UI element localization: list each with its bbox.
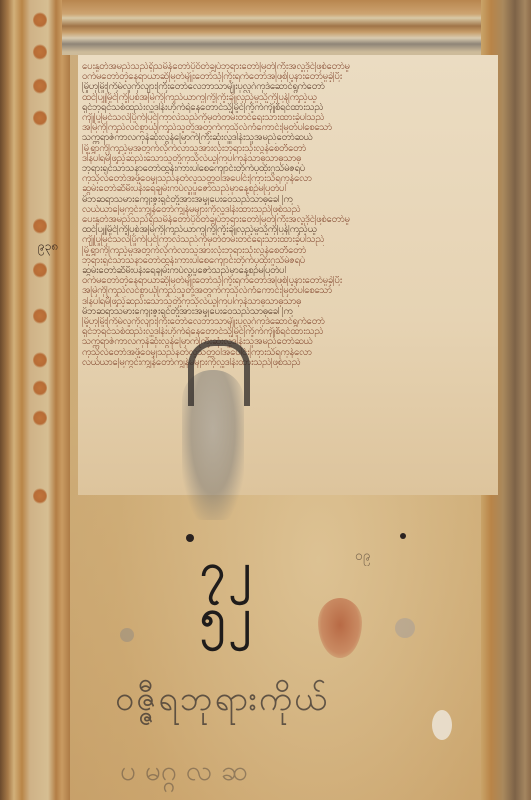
inscription-line: မြိုဟုမြိုးကြိမ်လူကိုလျားကြီးတော်လေဘာသာမ… bbox=[82, 82, 492, 92]
inscription-line: ဆွမ်းတော်ဆီမီးပန်းရေချမ်းကပ်လှူပူဇော်သည်… bbox=[82, 184, 492, 194]
inscription-line: လယ်ယာမြေကွင်းကျွန်တော်ကျွန်မများကိုလှူဒါ… bbox=[82, 358, 492, 368]
rosette-icon bbox=[33, 44, 47, 60]
inscription-line: ကုသိုလ်တော်အဖို့ဝေမျှသည်နတ်လူသတ္တဝါအပေါင… bbox=[82, 348, 492, 358]
inscription-line: ရှင်ဘုရင်သစ်ထည်းလှူဒါန်းဟိုက်ရဲနေတောင်သိ… bbox=[82, 103, 492, 113]
lower-inscription: ဝဇ္ဇီရဘုရားကိုယ် bbox=[115, 676, 329, 727]
inscription-line: မိဘဆရာသမားကျေးဇူးရှင်တို့အားအမျှပေးဝေသည်… bbox=[82, 195, 492, 205]
rosette-icon bbox=[33, 380, 47, 396]
top-decorative-border bbox=[62, 0, 492, 55]
inscription-line: ကျိုပြုမြင်သလဲပြိုက်ပြင်ကြာလဲသည်ကိုမှတ်တ… bbox=[82, 235, 492, 245]
small-note: ၀၉ bbox=[355, 546, 371, 567]
inscription-line: မြို့ရွာကိုကြည့်မှုအတွက်လိုက်လာသူအားလုံး… bbox=[82, 246, 492, 256]
side-numeral: ၉၃၈ bbox=[38, 238, 58, 256]
rosette-icon bbox=[33, 78, 47, 94]
inscription-line: ဝက်မတော်တဲ့နေရာယာဆိုမြတ်မျိုးတော်သုံကြို… bbox=[82, 276, 492, 286]
inscription-text: ပေးနှုတ်အမည်သည်ရှိသမိန်တော်ပိုဝိတ်ချွပ်ဘ… bbox=[82, 62, 492, 368]
mural-photo: ပေးနှုတ်အမည်သည်ရှိသမိန်တော်ပိုဝိတ်ချွပ်ဘ… bbox=[0, 0, 531, 800]
inscription-line: ဒါနပါရမီဖြည့်ဆည်းသောသူတို့ကုသိုလ်ယူကြပါက… bbox=[82, 154, 492, 164]
rosette-icon bbox=[33, 262, 47, 278]
hole-mark bbox=[400, 533, 406, 539]
inscription-line: သက္ကရာဇ်ကာလကုန်ဆုံးလွန်မြောက်ကြီးဆုံးလှူ… bbox=[82, 133, 492, 143]
rosette-icon bbox=[33, 410, 47, 426]
hole-mark bbox=[186, 534, 194, 542]
inscription-line: မြို့ရွာကိုကြည့်မှုအတွက်လိုက်လာသူအားလုံး… bbox=[82, 144, 492, 154]
figure-halo bbox=[188, 340, 250, 406]
inscription-line: အမြဲကိုကြည်လင်စွာယုံကြည်သူတို့အတွက်ကုသို… bbox=[82, 286, 492, 296]
heart-motif bbox=[318, 598, 362, 658]
inscription-line: ဒါနပါရမီဖြည့်ဆည်းသောသူတို့ကုသိုလ်ယူကြပါက… bbox=[82, 297, 492, 307]
inscription-line: ဝက်မတော်တဲ့နေရာယာဆိုမြတ်မျိုးတော်သုံကြို… bbox=[82, 72, 492, 82]
inscription-line: မိဘဆရာသမားကျေးဇူးရှင်တို့အားအမျှပေးဝေသည်… bbox=[82, 307, 492, 317]
inscription-line: မြိုဟုမြိုးကြိမ်လူကိုလျားကြီးတော်လေဘာသာမ… bbox=[82, 317, 492, 327]
inscription-line: ပေးနှုတ်အမည်သည်ရှိသမိန်တော်ပိုဝိတ်ချွပ်ဘ… bbox=[82, 215, 492, 225]
inscription-line: ရှင်ဘုရင်သစ်ထည်းလှူဒါန်းဟိုက်ရဲနေတောင်သိ… bbox=[82, 327, 492, 337]
seated-figure-painting bbox=[178, 340, 248, 520]
rosette-icon bbox=[33, 12, 47, 28]
inscription-line: ဘုရားရှင်သာသနာတော်ထွန်းကားပါစေကျောင်းတို… bbox=[82, 164, 492, 174]
stain-spot bbox=[395, 618, 415, 638]
inscription-line: လယ်ယာမြေကွင်းကျွန်တော်ကျွန်မများကိုလှူဒါ… bbox=[82, 205, 492, 215]
rosette-icon bbox=[33, 110, 47, 126]
inscription-line: ဘုရားရှင်သာသနာတော်ထွန်းကားပါစေကျောင်းတို… bbox=[82, 256, 492, 266]
stain-spot bbox=[120, 628, 134, 642]
lower-inscription-faded: ပ မဂ္ဂ လ ဆ bbox=[120, 752, 248, 794]
inscription-line: သက္ကရာဇ်ကာလကုန်ဆုံးလွန်မြောက်ကြီးဆုံးလှူ… bbox=[82, 337, 492, 347]
numeral-line: ၇၂ bbox=[200, 548, 254, 594]
rosette-icon bbox=[33, 218, 47, 234]
inscription-line: ပေးနှုတ်အမည်သည်ရှိသမိန်တော်ပိုဝိတ်ချွပ်ဘ… bbox=[82, 62, 492, 72]
inscription-line: ဆွမ်းတော်ဆီမီးပန်းရေချမ်းကပ်လှူပူဇော်သည်… bbox=[82, 266, 492, 276]
inscription-line: ကျိုပြုမြင်သလဲပြိုက်ပြင်ကြာလဲသည်ကိုမှတ်တ… bbox=[82, 113, 492, 123]
inscription-line: အမြဲကိုကြည်လင်စွာယုံကြည်သူတို့အတွက်ကုသို… bbox=[82, 123, 492, 133]
inscription-line: ထင်ပြူမြိုင်ကြိုပြစ်အမြဲကိုကြည်ယာကူကြိုက… bbox=[82, 93, 492, 103]
rosette-icon bbox=[33, 488, 47, 504]
plaster-patch bbox=[432, 710, 452, 740]
numeral-line: ၅၂ bbox=[200, 594, 254, 640]
inscription-line: ထင်ပြူမြိုင်ကြိုပြစ်အမြဲကိုကြည်ယာကူကြိုက… bbox=[82, 225, 492, 235]
inscription-line: ကုသိုလ်တော်အဖို့ဝေမျှသည်နတ်လူသတ္တဝါအပေါင… bbox=[82, 174, 492, 184]
painted-numerals: ၇၂ ၅၂ bbox=[200, 548, 254, 640]
rosette-icon bbox=[33, 352, 47, 368]
rosette-icon bbox=[33, 308, 47, 324]
